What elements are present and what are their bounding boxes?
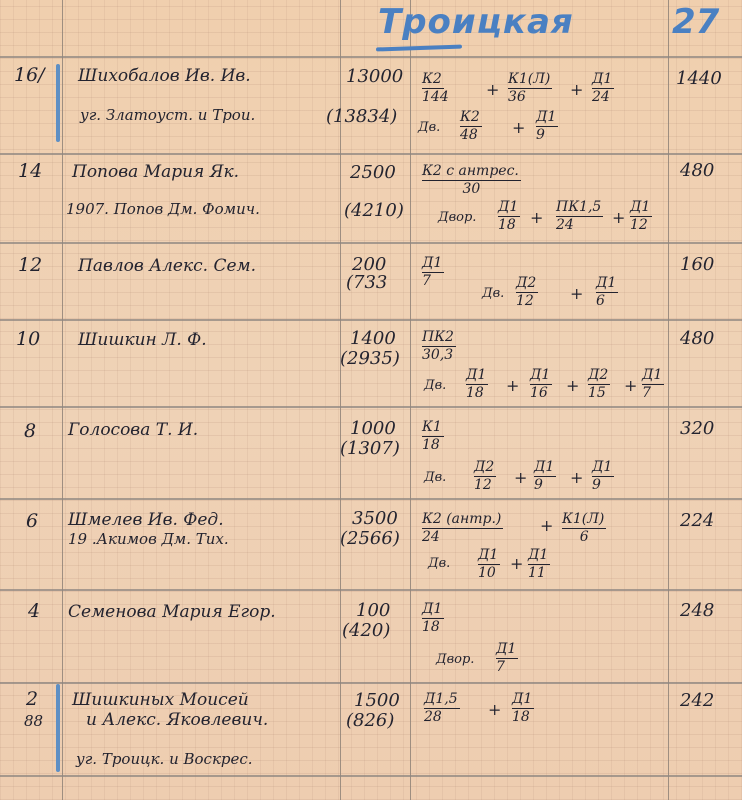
room-fraction: Д19 — [536, 110, 558, 143]
room-fraction: Д19 — [534, 460, 556, 493]
amount: 100 — [356, 600, 390, 621]
plus-sign: + — [624, 376, 637, 395]
owner-previous: 19 .Акимов Дм. Тих. — [68, 530, 229, 548]
plus-sign: + — [530, 208, 543, 227]
owner-name: Шишкин Л. Ф. — [78, 330, 207, 350]
row-rule — [0, 242, 742, 244]
owner-name: Шмелев Ив. Фед. — [68, 510, 224, 530]
column-divider-amount — [410, 0, 411, 800]
room-fraction: ПК1,524 — [556, 200, 603, 233]
amount: 1000 — [350, 418, 396, 439]
column-divider-number — [62, 0, 63, 800]
house-number: 8 — [24, 420, 36, 442]
corner-bracket — [56, 64, 60, 142]
house-number: 2 — [26, 688, 38, 710]
value: 320 — [680, 418, 714, 439]
header-rule — [0, 56, 742, 58]
amount-paren: (4210) — [344, 200, 404, 221]
room-fraction: К2 (антр.)24 — [422, 512, 503, 545]
corner-bracket — [56, 684, 60, 772]
plus-sign: + — [510, 554, 523, 573]
room-fraction: К118 — [422, 420, 444, 453]
house-number: 10 — [16, 328, 40, 350]
value: 480 — [680, 328, 714, 349]
amount-paren: (826) — [346, 710, 394, 731]
amount: 13000 — [346, 66, 403, 87]
owner-name: Попова Мария Як. — [72, 162, 239, 182]
courtyard-prefix: Двор. — [438, 210, 476, 225]
amount-paren: (733 — [346, 272, 387, 293]
house-number: 14 — [18, 160, 42, 182]
amount: 1400 — [350, 328, 396, 349]
room-fraction: Д112 — [630, 200, 652, 233]
amount-paren: (420) — [342, 620, 390, 641]
plus-sign: + — [540, 516, 553, 535]
owner-address: уг. Златоуст. и Трои. — [80, 106, 255, 124]
page-number: 27 — [672, 2, 719, 42]
amount: 3500 — [352, 508, 398, 529]
value: 480 — [680, 160, 714, 181]
room-fraction: Д111 — [528, 548, 550, 581]
room-fraction: Д124 — [592, 72, 614, 105]
room-fraction: Д118 — [498, 200, 520, 233]
owner-name: Голосова Т. И. — [68, 420, 198, 440]
amount-paren: (13834) — [326, 106, 397, 127]
amount: 2500 — [350, 162, 396, 183]
room-fraction: К2 с антрес.30 — [422, 164, 521, 197]
room-fraction: Д1,528 — [424, 692, 460, 725]
owner-address: уг. Троицк. и Воскрес. — [76, 750, 253, 768]
row-rule — [0, 682, 742, 684]
plus-sign: + — [512, 118, 525, 137]
row-rule — [0, 406, 742, 408]
amount-paren: (2935) — [340, 348, 400, 369]
amount: 1500 — [354, 690, 400, 711]
row-rule — [0, 498, 742, 500]
column-divider-rooms — [668, 0, 669, 800]
room-fraction: К1(Л)36 — [508, 72, 552, 105]
plus-sign: + — [612, 208, 625, 227]
house-number-sub: 88 — [24, 712, 43, 730]
room-fraction: Д110 — [478, 548, 500, 581]
room-fraction: Д17 — [642, 368, 664, 401]
room-fraction: Д16 — [596, 276, 618, 309]
row-rule — [0, 319, 742, 321]
value: 224 — [680, 510, 714, 531]
room-fraction: Д118 — [512, 692, 534, 725]
plus-sign: + — [570, 80, 583, 99]
courtyard-prefix: Дв. — [482, 286, 504, 301]
courtyard-prefix: Дв. — [428, 556, 450, 571]
value: 242 — [680, 690, 714, 711]
owner-name-2: и Алекс. Яковлевич. — [86, 710, 268, 730]
plus-sign: + — [514, 468, 527, 487]
house-number: 4 — [28, 600, 40, 622]
room-fraction: Д19 — [592, 460, 614, 493]
value: 160 — [680, 254, 714, 275]
amount-paren: (2566) — [340, 528, 400, 549]
room-fraction: ПК230,3 — [422, 330, 456, 363]
house-number: 12 — [18, 254, 42, 276]
courtyard-prefix: Дв. — [418, 120, 440, 135]
house-number: 6 — [26, 510, 38, 532]
house-number: 16/ — [14, 64, 45, 86]
plus-sign: + — [566, 376, 579, 395]
plus-sign: + — [488, 700, 501, 719]
value: 1440 — [676, 68, 722, 89]
plus-sign: + — [506, 376, 519, 395]
owner-name: Павлов Алекс. Сем. — [78, 256, 256, 276]
room-fraction: Д215 — [588, 368, 610, 401]
owner-name: Семенова Мария Егор. — [68, 602, 276, 622]
room-fraction: К248 — [460, 110, 482, 143]
row-rule — [0, 775, 742, 777]
room-fraction: Д118 — [466, 368, 488, 401]
courtyard-prefix: Дв. — [424, 470, 446, 485]
owner-name: Шишкиных Моисей — [72, 690, 249, 710]
room-fraction: Д118 — [422, 602, 444, 635]
row-rule — [0, 153, 742, 155]
row-rule — [0, 589, 742, 591]
room-fraction: К1(Л)6 — [562, 512, 606, 545]
room-fraction: Д212 — [474, 460, 496, 493]
owner-name: Шихобалов Ив. Ив. — [78, 66, 251, 86]
plus-sign: + — [570, 468, 583, 487]
owner-previous: 1907. Попов Дм. Фомич. — [66, 200, 260, 218]
amount-paren: (1307) — [340, 438, 400, 459]
room-fraction: Д212 — [516, 276, 538, 309]
value: 248 — [680, 600, 714, 621]
room-fraction: Д116 — [530, 368, 552, 401]
room-fraction: К2144 — [422, 72, 449, 105]
courtyard-prefix: Дв. — [424, 378, 446, 393]
courtyard-prefix: Двор. — [436, 652, 474, 667]
title-underline — [376, 45, 462, 52]
plus-sign: + — [486, 80, 499, 99]
room-fraction: Д17 — [422, 256, 444, 289]
room-fraction: Д17 — [496, 642, 518, 675]
plus-sign: + — [570, 284, 583, 303]
street-title: Троицкая — [378, 2, 574, 42]
